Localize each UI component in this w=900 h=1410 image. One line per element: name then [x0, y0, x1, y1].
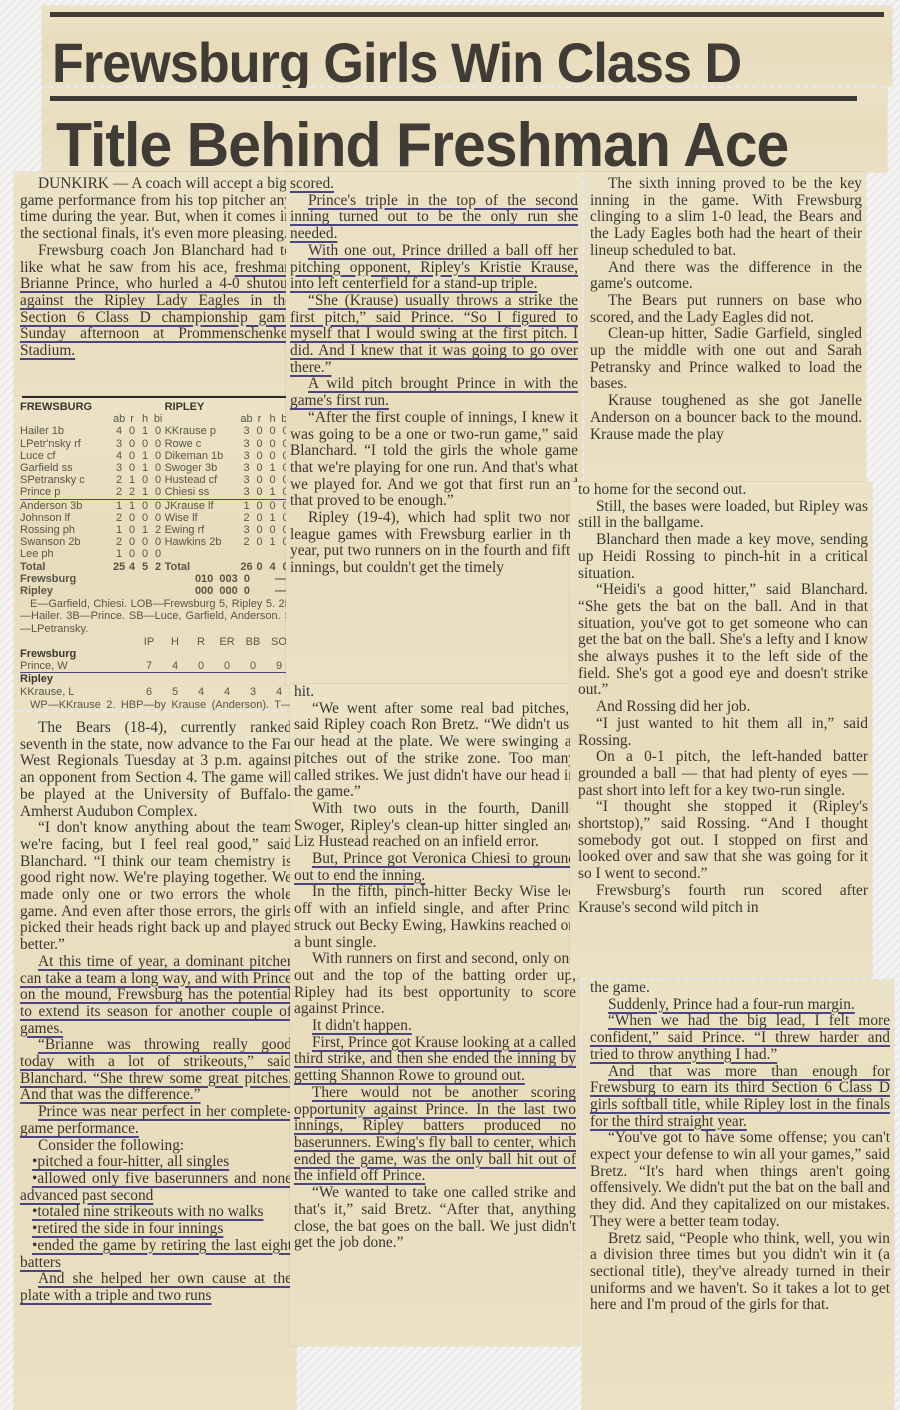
batting-row: Johnson lf2000Wise lf2010: [20, 512, 292, 524]
total-value: 26: [240, 561, 253, 573]
paragraph: scored.: [290, 176, 578, 193]
paragraph: “She (Krause) usually throws a strike th…: [290, 293, 578, 377]
stat-value: 0: [253, 536, 266, 548]
stat-value: 0: [253, 499, 266, 512]
paragraph: Prince's triple in the top of the second…: [290, 193, 578, 243]
paragraph: Blanchard then made a key move, sending …: [578, 532, 868, 582]
player-name: [165, 548, 240, 560]
paragraph: And Rossing did her job.: [578, 699, 868, 716]
stat-value: 0: [253, 486, 266, 499]
total-value: 0: [253, 561, 266, 573]
batting-row: Luce cf4010Dikeman 1b3000: [20, 450, 292, 462]
stat-value: 1: [266, 486, 279, 499]
player-name: Prince p: [20, 486, 113, 499]
stat-value: 0: [126, 512, 139, 524]
stat-value: 4: [214, 686, 240, 698]
stat-value: 2: [152, 524, 165, 536]
stat-value: 0: [253, 438, 266, 450]
stat-value: 0: [266, 425, 279, 437]
batting-header-row: abrhbiabrhbi: [20, 413, 292, 425]
paragraph: Clean-up hitter, Sadie Garfield, singled…: [590, 326, 862, 393]
article-column-3-bottom: the game. Suddenly, Prince had a four-ru…: [582, 980, 894, 1410]
bullet-item: •allowed only five baserunners and none …: [20, 1171, 292, 1204]
stat-value: 0: [126, 548, 139, 560]
paragraph: With two outs in the fourth, Danille Swo…: [294, 801, 576, 851]
stat-header: h: [139, 413, 152, 425]
stat-value: 1: [139, 450, 152, 462]
stat-value: 4: [188, 686, 214, 698]
stat-value: 0: [126, 536, 139, 548]
stat-value: 1: [139, 486, 152, 499]
article-column-2-top: scored. Prince's triple in the top of th…: [286, 172, 582, 688]
headline-line-1: Frewsburg Girls Win Class D: [52, 30, 741, 95]
linescore-innings: 000 000 0: [130, 585, 262, 597]
stat-value: 0: [253, 425, 266, 437]
article-column-3-middle: to home for the second out. Still, the b…: [570, 482, 872, 978]
stat-value: 7: [136, 660, 162, 673]
stat-value: 0: [139, 536, 152, 548]
stat-value: 0: [139, 438, 152, 450]
batting-row: LPetr'nsky rf3000Rowe c3000: [20, 438, 292, 450]
paragraph: Ripley (19-4), which had split two non-l…: [290, 510, 578, 577]
pitching-team: Frewsburg: [20, 648, 292, 660]
paragraph: In the fifth, pinch-hitter Becky Wise le…: [294, 884, 576, 951]
article-column-1: The Bears (18-4), currently ranked seven…: [14, 712, 296, 1410]
stat-value: 0: [126, 450, 139, 462]
pitcher-row: Prince, W740009: [20, 660, 292, 673]
stat-header: IP: [136, 636, 162, 648]
paragraph: “When we had the big lead, I felt more c…: [590, 1013, 890, 1063]
pitcher-name: KKrause, L: [20, 686, 136, 698]
article-lede: DUNKIRK — A coach will accept a big-game…: [14, 172, 296, 398]
paragraph: At this time of year, a dominant pitcher…: [20, 954, 292, 1038]
stat-value: 3: [240, 450, 253, 462]
paragraph: DUNKIRK — A coach will accept a big-game…: [20, 176, 292, 243]
paragraph: Still, the bases were loaded, but Ripley…: [578, 499, 868, 532]
player-name: SPetransky c: [20, 474, 113, 486]
linescore-table: Frewsburg010 003 0—4Ripley000 000 0—0: [20, 573, 292, 597]
stat-header: r: [253, 413, 266, 425]
paragraph: to home for the second out.: [578, 482, 868, 499]
player-name: Lee ph: [20, 548, 113, 560]
stat-value: 4: [162, 660, 188, 673]
batting-row: Swanson 2b2000Hawkins 2b2010: [20, 536, 292, 548]
paragraph: “Brianne was throwing really good today …: [20, 1037, 292, 1104]
stat-value: 0: [253, 450, 266, 462]
stat-value: 0: [126, 438, 139, 450]
stat-value: 1: [113, 548, 126, 560]
stat-value: 1: [113, 499, 126, 512]
headline-rule: [50, 12, 884, 17]
stat-value: 0: [253, 462, 266, 474]
stat-value: 1: [139, 425, 152, 437]
paragraph: The sixth inning proved to be the key in…: [590, 176, 862, 260]
stat-value: 0: [266, 524, 279, 536]
batting-row: Prince p2210Chiesi ss3010: [20, 486, 292, 499]
paragraph: It didn't happen.: [294, 1018, 576, 1035]
player-name: Luce cf: [20, 450, 113, 462]
stat-value: 2: [113, 486, 126, 499]
divider: [22, 396, 290, 398]
paragraph: With one out, Prince drilled a ball off …: [290, 243, 578, 293]
stat-value: 1: [139, 462, 152, 474]
player-name: Swoger 3b: [165, 462, 240, 474]
paragraph: hit.: [294, 684, 576, 701]
stat-value: 0: [152, 486, 165, 499]
stat-header: r: [126, 413, 139, 425]
paragraph: Bretz said, “People who think, well, you…: [590, 1231, 890, 1315]
stat-value: 0: [139, 474, 152, 486]
player-name: Chiesi ss: [165, 486, 240, 499]
stat-value: 2: [240, 536, 253, 548]
paragraph: “I don't know anything about the team we…: [20, 820, 292, 954]
batting-row: Garfield ss3010Swoger 3b3010: [20, 462, 292, 474]
stat-value: 3: [240, 524, 253, 536]
article-column-3-top: The sixth inning proved to be the key in…: [584, 172, 866, 484]
stat-header: ab: [240, 413, 253, 425]
stat-value: 3: [240, 486, 253, 499]
paragraph: Frewsburg's fourth run scored after Krau…: [578, 883, 868, 916]
stat-value: 0: [139, 548, 152, 560]
paragraph: “We went after some real bad pitches,” s…: [294, 701, 576, 801]
stat-value: 1: [240, 499, 253, 512]
stat-value: 3: [240, 425, 253, 437]
pitching-header-row: IPHRERBBSO: [20, 636, 292, 648]
pitching-team: Ripley: [20, 673, 292, 686]
stat-value: 4: [113, 425, 126, 437]
game-notes: E—Garfield, Chiesi. LOB—Frewsburg 5, Rip…: [20, 598, 292, 635]
stat-value: 0: [152, 425, 165, 437]
player-name: Rowe c: [165, 438, 240, 450]
total-label: Total: [20, 561, 113, 573]
home-team-header: FREWSBURG: [20, 401, 113, 413]
batting-row: Anderson 3b1100JKrause lf1000: [20, 499, 292, 512]
player-name: JKrause lf: [165, 499, 240, 512]
stat-value: 0: [266, 438, 279, 450]
stat-value: 1: [139, 524, 152, 536]
headline-rule: [50, 96, 857, 101]
stat-header: ab: [113, 413, 126, 425]
stat-value: 0: [139, 512, 152, 524]
stat-value: 0: [152, 536, 165, 548]
linescore-innings: 010 003 0: [130, 573, 262, 585]
paragraph: A wild pitch brought Prince in with the …: [290, 376, 578, 409]
stat-value: 3: [240, 438, 253, 450]
player-name: Ewing rf: [165, 524, 240, 536]
headline-line-2: Title Behind Freshman Ace: [56, 110, 788, 181]
player-name: Anderson 3b: [20, 499, 113, 512]
batting-row: Rossing ph1012Ewing rf3000: [20, 524, 292, 536]
paragraph: “Heidi's a good hitter,” said Blanchard.…: [578, 582, 868, 699]
article-column-2-bottom: hit. “We went after some real bad pitche…: [290, 684, 580, 1346]
paragraph: And that was more than enough for Frewsb…: [590, 1064, 890, 1131]
paragraph: “We wanted to take one called strike and…: [294, 1185, 576, 1252]
paragraph: “I just wanted to hit them all in,” said…: [578, 716, 868, 749]
paragraph: Suddenly, Prince had a four-run margin.: [590, 997, 890, 1014]
total-label: Total: [165, 561, 240, 573]
stat-value: 0: [214, 660, 240, 673]
stat-value: 3: [113, 462, 126, 474]
total-value: 4: [126, 561, 139, 573]
stat-value: 1: [266, 536, 279, 548]
player-name: Hailer 1b: [20, 425, 113, 437]
paragraph: “You've got to have some offense; you ca…: [590, 1130, 890, 1230]
batting-row: Lee ph1000: [20, 548, 292, 560]
linescore-row: Ripley000 000 0—0: [20, 585, 292, 597]
stat-value: 2: [113, 512, 126, 524]
stat-value: 0: [266, 450, 279, 462]
blank-cell: [165, 413, 240, 425]
stat-value: 0: [126, 524, 139, 536]
stat-value: 0: [152, 548, 165, 560]
paragraph: The Bears put runners on base who scored…: [590, 293, 862, 326]
stat-value: 0: [152, 499, 165, 512]
stat-value: 3: [240, 686, 266, 698]
linescore-team: Ripley: [20, 585, 130, 597]
stat-value: 0: [240, 660, 266, 673]
stat-value: 0: [253, 474, 266, 486]
pitching-table: IPHRERBBSOFrewsburgPrince, W740009Ripley…: [20, 636, 292, 698]
stat-value: 0: [126, 462, 139, 474]
stat-value: 2: [113, 536, 126, 548]
batting-row: SPetransky c2100Hustead cf3000: [20, 474, 292, 486]
stat-value: 1: [266, 462, 279, 474]
total-value: 5: [139, 561, 152, 573]
blank-cell: [20, 413, 113, 425]
player-name: Johnson lf: [20, 512, 113, 524]
paragraph: There would not be another scoring oppor…: [294, 1085, 576, 1185]
stat-value: 2: [126, 486, 139, 499]
stat-value: 0: [253, 524, 266, 536]
stat-value: 0: [266, 499, 279, 512]
player-name: Hawkins 2b: [165, 536, 240, 548]
paragraph: First, Prince got Krause looking at a ca…: [294, 1035, 576, 1085]
headline-clipping-1: Frewsburg Girls Win Class D: [42, 6, 892, 86]
linescore-team: Frewsburg: [20, 573, 130, 585]
stat-value: 0: [152, 462, 165, 474]
stat-header: ER: [214, 636, 240, 648]
bullet-item: •pitched a four-hitter, all singles: [20, 1154, 292, 1171]
stat-value: 4: [113, 450, 126, 462]
pitcher-name: Prince, W: [20, 660, 136, 673]
paragraph: the game.: [590, 980, 890, 997]
stat-value: 0: [152, 512, 165, 524]
player-name: KKrause p: [165, 425, 240, 437]
batting-table: FREWSBURG RIPLEY abrhbiabrhbi Hailer 1b4…: [20, 401, 292, 573]
stat-value: 0: [152, 474, 165, 486]
stat-value: 6: [136, 686, 162, 698]
player-name: Hustead cf: [165, 474, 240, 486]
paragraph: With runners on first and second, only o…: [294, 951, 576, 1018]
stat-header: h: [266, 413, 279, 425]
paragraph: But, Prince got Veronica Chiesi to groun…: [294, 851, 576, 884]
stat-header: bi: [152, 413, 165, 425]
stat-value: 0: [126, 425, 139, 437]
stat-header: H: [162, 636, 188, 648]
batting-row: Hailer 1b4010KKrause p3000: [20, 425, 292, 437]
bullet-item: •retired the side in four innings: [20, 1221, 292, 1238]
stat-value: 0: [188, 660, 214, 673]
stat-value: 1: [126, 499, 139, 512]
stat-value: [266, 548, 279, 560]
linescore-row: Frewsburg010 003 0—4: [20, 573, 292, 585]
paragraph: On a 0-1 pitch, the left-handed batter g…: [578, 749, 868, 799]
stat-header: R: [188, 636, 214, 648]
player-name: Swanson 2b: [20, 536, 113, 548]
stat-value: 0: [266, 474, 279, 486]
stat-value: 3: [240, 474, 253, 486]
paragraph: The Bears (18-4), currently ranked seven…: [20, 720, 292, 820]
paragraph: Consider the following:: [20, 1138, 292, 1155]
paragraph: “After the first couple of innings, I kn…: [290, 410, 578, 510]
stat-value: 2: [113, 474, 126, 486]
stat-value: 0: [152, 438, 165, 450]
pitcher-row: KKrause, L654434: [20, 686, 292, 698]
paragraph: And there was the difference in the game…: [590, 260, 862, 293]
pitching-team-row: Ripley: [20, 673, 292, 686]
stat-value: 5: [162, 686, 188, 698]
stat-value: [240, 548, 253, 560]
stat-value: 0: [139, 499, 152, 512]
blank-cell: [20, 636, 136, 648]
stat-value: 1: [113, 524, 126, 536]
stat-value: 1: [126, 474, 139, 486]
player-name: Wise lf: [165, 512, 240, 524]
stat-value: [253, 548, 266, 560]
stat-header: BB: [240, 636, 266, 648]
total-value: 4: [266, 561, 279, 573]
paragraph: Prince was near perfect in her complete-…: [20, 1104, 292, 1137]
bullet-item: •ended the game by retiring the last eig…: [20, 1238, 292, 1271]
stat-value: 3: [113, 438, 126, 450]
paragraph: And she helped her own cause at the plat…: [20, 1271, 292, 1304]
box-score: FREWSBURG RIPLEY abrhbiabrhbi Hailer 1b4…: [14, 396, 296, 710]
player-name: Dikeman 1b: [165, 450, 240, 462]
bullet-item: •totaled nine strikeouts with no walks: [20, 1204, 292, 1221]
stat-value: 2: [240, 512, 253, 524]
stat-value: 1: [266, 512, 279, 524]
paragraph: Krause toughened as she got Janelle Ande…: [590, 393, 862, 443]
pitching-team-row: Frewsburg: [20, 648, 292, 660]
paragraph: “I thought she stopped it (Ripley's shor…: [578, 799, 868, 883]
stat-value: 0: [152, 450, 165, 462]
player-name: Garfield ss: [20, 462, 113, 474]
player-name: Rossing ph: [20, 524, 113, 536]
total-value: 25: [113, 561, 126, 573]
away-team-header: RIPLEY: [165, 401, 240, 413]
headline-clipping-2: Title Behind Freshman Ace: [42, 88, 887, 172]
total-value: 2: [152, 561, 165, 573]
stat-value: 3: [240, 462, 253, 474]
stat-value: 0: [253, 512, 266, 524]
totals-row: Total25452Total26040: [20, 561, 292, 573]
player-name: LPetr'nsky rf: [20, 438, 113, 450]
